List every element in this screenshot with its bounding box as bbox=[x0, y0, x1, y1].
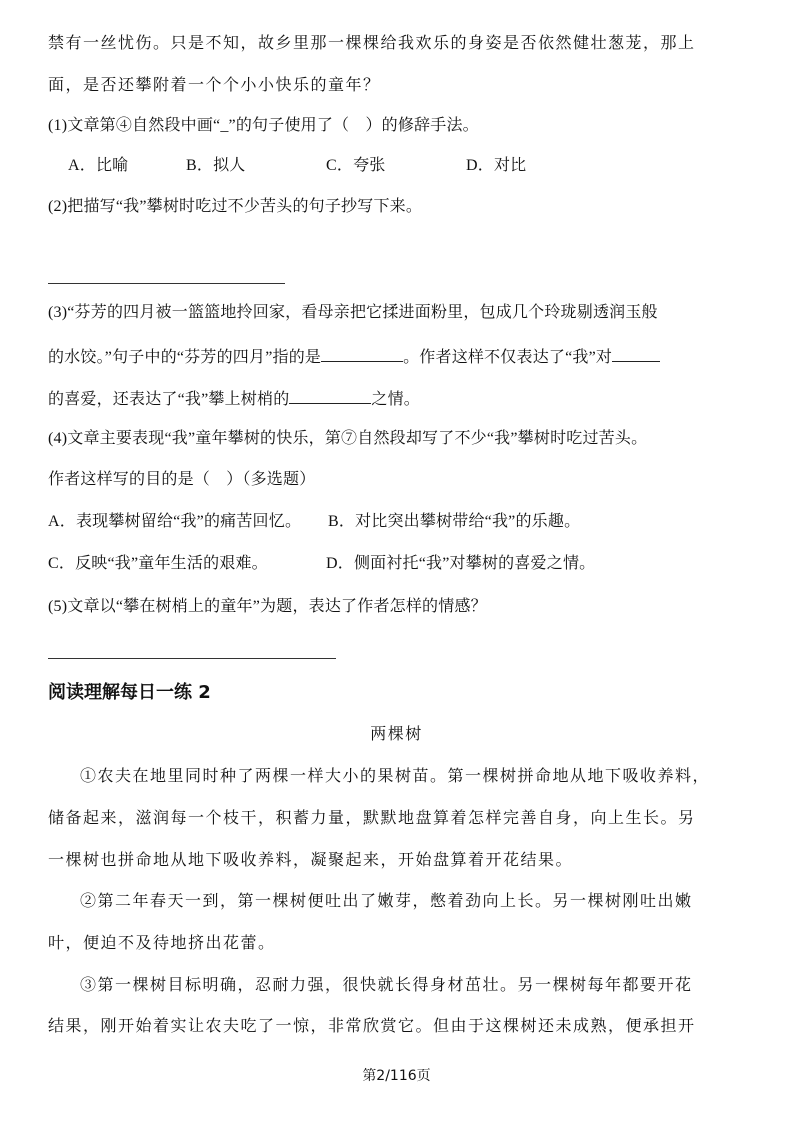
section-heading: 阅读理解每日一练 2 bbox=[48, 681, 211, 705]
passage-line: 面，是否还攀附着一个个小小快乐的童年？ bbox=[48, 75, 381, 95]
option-c: C．反映“我”童年生活的艰难。 bbox=[48, 554, 326, 574]
question-4-line-1: (4)文章主要表现“我”童年攀树的快乐，第⑦自然段却写了不少“我”攀树时吃过苦头… bbox=[48, 429, 647, 449]
question-3-line-3: 的喜爱，还表达了“我”攀上树梢的之情。 bbox=[48, 387, 420, 410]
article-title: 两棵树 bbox=[0, 724, 793, 744]
question-3-line-1: (3)“芬芳的四月被一篮篮地拎回家，看母亲把它揉进面粉里，包成几个玲珑剔透润玉般 bbox=[48, 303, 658, 323]
q3-text-part-c: 的喜爱，还表达了“我”攀上树梢的 bbox=[48, 391, 289, 408]
paragraph-1-line: 一棵树也拼命地从地下吸收养料，凝聚起来，开始盘算着开花结果。 bbox=[48, 850, 573, 870]
option-d: D．对比 bbox=[466, 156, 526, 176]
passage-line: 禁有一丝忧伤。只是不知，故乡里那一棵棵给我欢乐的身姿是否依然健壮葱茏，那上 bbox=[48, 33, 696, 53]
paragraph-1-line: 储备起来，滋润每一个枝干，积蓄力量，默默地盘算着怎样完善自身，向上生长。另 bbox=[48, 808, 696, 828]
paragraph-3-line: 结果，刚开始着实让农夫吃了一惊，非常欣赏它。但由于这棵树还未成熟，便承担开 bbox=[48, 1016, 696, 1036]
q3-text-part-d: 之情。 bbox=[371, 391, 420, 408]
paragraph-1-line: ①农夫在地里同时种了两棵一样大小的果树苗。第一棵树拼命地从地下吸收养料， bbox=[80, 766, 710, 786]
question-4-options-ab: A．表现攀树留给“我”的痛苦回忆。B．对比突出攀树带给“我”的乐趣。 bbox=[48, 512, 580, 532]
fill-blank-1[interactable] bbox=[321, 345, 403, 362]
option-d: D．侧面衬托“我”对攀树的喜爱之情。 bbox=[326, 554, 595, 574]
question-4-line-2: 作者这样写的目的是（ ）（多选题） bbox=[48, 470, 315, 490]
option-a: A．比喻 bbox=[68, 156, 186, 176]
question-2: (2)把描写“我”攀树时吃过不少苦头的句子抄写下来。 bbox=[48, 197, 422, 217]
fill-blank-2[interactable] bbox=[612, 345, 660, 362]
answer-line-q5 bbox=[48, 658, 336, 659]
paragraph-2-line: ②第二年春天一到，第一棵树便吐出了嫩芽，憋着劲向上长。另一棵树刚吐出嫩 bbox=[80, 891, 693, 911]
question-4-options-cd: C．反映“我”童年生活的艰难。D．侧面衬托“我”对攀树的喜爱之情。 bbox=[48, 554, 595, 574]
option-c: C．夸张 bbox=[326, 156, 466, 176]
question-3-line-2: 的水饺。”句子中的“芬芳的四月”指的是。作者这样不仅表达了“我”对 bbox=[48, 345, 660, 368]
option-b: B．对比突出攀树带给“我”的乐趣。 bbox=[328, 512, 580, 532]
paragraph-2-line: 叶，便迫不及待地挤出花蕾。 bbox=[48, 933, 276, 953]
option-a: A．表现攀树留给“我”的痛苦回忆。 bbox=[48, 512, 328, 532]
q3-text-part-b: 。作者这样不仅表达了“我”对 bbox=[403, 349, 612, 366]
answer-line-q2 bbox=[48, 283, 285, 284]
page-number: 第2/116页 bbox=[0, 1067, 793, 1085]
q3-text-part-a: 的水饺。”句子中的“芬芳的四月”指的是 bbox=[48, 349, 321, 366]
question-1: (1)文章第④自然段中画“_”的句子使用了（ ）的修辞手法。 bbox=[48, 116, 479, 136]
fill-blank-3[interactable] bbox=[289, 387, 371, 404]
question-1-options: A．比喻B．拟人C．夸张D．对比 bbox=[68, 156, 526, 176]
paragraph-3-line: ③第一棵树目标明确，忍耐力强，很快就长得身材茁壮。另一棵树每年都要开花 bbox=[80, 975, 693, 995]
question-5: (5)文章以“攀在树梢上的童年”为题，表达了作者怎样的情感？ bbox=[48, 597, 487, 617]
option-b: B．拟人 bbox=[186, 156, 326, 176]
